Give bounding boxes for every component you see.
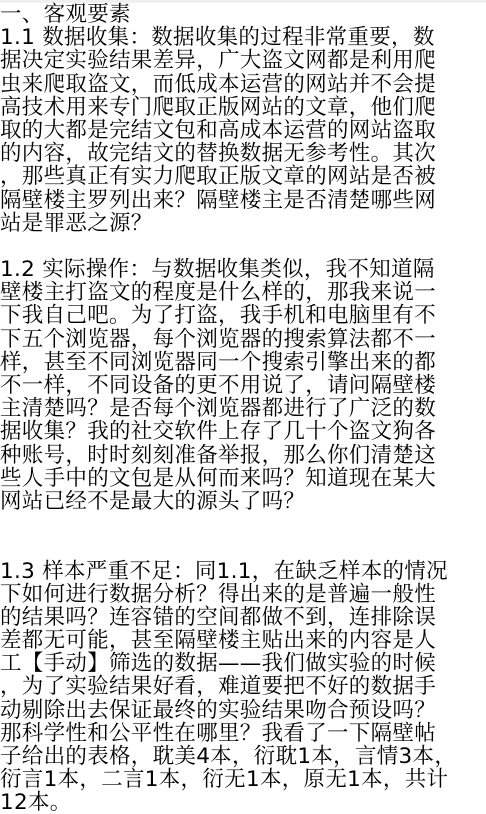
paragraph-line: 衍言1本，二言1本，衍无1本，原无1本，共计 (0, 768, 486, 791)
paragraph-line: 主清楚吗？是否每个浏览器都进行了广泛的数 (0, 397, 486, 420)
paragraph-line: 下我自己吧。为了打盗，我手机和电脑里有不 (0, 304, 486, 327)
paragraph-line: ，为了实验结果好看，难道要把不好的数据手 (0, 675, 486, 698)
paragraph-line: 下如何进行数据分析？得出来的是普遍一般性 (0, 583, 486, 606)
paragraph-line: 工【手动】筛选的数据——我们做实验的时候 (0, 652, 486, 675)
paragraph-line: 的结果吗？连容错的空间都做不到，连排除误 (0, 606, 486, 629)
paragraph-line: 取的大都是完结文包和高成本运营的网站盗取 (0, 119, 486, 142)
paragraph-1-3-insufficient-samples: 1.3 样本严重不足：同1.1，在缺乏样本的情况 下如何进行数据分析？得出来的是… (0, 560, 486, 814)
paragraph-line: 那科学性和公平性在哪里？我看了一下隔壁帖 (0, 722, 486, 745)
paragraph-line: 不一样，不同设备的更不用说了，请问隔壁楼 (0, 374, 486, 397)
paragraph-line: 种账号，时时刻刻准备举报，那么你们清楚这 (0, 444, 486, 467)
paragraph-line: 子给出的表格，耽美4本，衍耽1本，言情3本， (0, 745, 486, 768)
section-heading: 一、客观要素 (0, 3, 486, 26)
paragraph-line: 1.2 实际操作：与数据收集类似，我不知道隔 (0, 258, 486, 281)
paragraph-line: 的内容，故完结文的替换数据无参考性。其次 (0, 142, 486, 165)
blank-line (0, 513, 486, 536)
paragraph-1-1-data-collection: 1.1 数据收集：数据收集的过程非常重要，数 据决定实验结果差异，广大盗文网都是… (0, 26, 486, 235)
paragraph-line: 1.1 数据收集：数据收集的过程非常重要，数 (0, 26, 486, 49)
paragraph-line: 下五个浏览器，每个浏览器的搜索算法都不一 (0, 328, 486, 351)
paragraph-line: 动剔除出去保证最终的实验结果吻合预设吗？ (0, 699, 486, 722)
blank-line (0, 536, 486, 559)
paragraph-line: 壁楼主打盗文的程度是什么样的，那我来说一 (0, 281, 486, 304)
paragraph-line: 虫来爬取盗文，而低成本运营的网站并不会提 (0, 73, 486, 96)
paragraph-line: 据决定实验结果差异，广大盗文网都是利用爬 (0, 49, 486, 72)
blank-line (0, 235, 486, 258)
paragraph-line: ，那些真正有实力爬取正版文章的网站是否被 (0, 165, 486, 188)
paragraph-line: 高技术用来专门爬取正版网站的文章，他们爬 (0, 96, 486, 119)
paragraph-line: 1.3 样本严重不足：同1.1，在缺乏样本的情况 (0, 560, 486, 583)
paragraph-line: 站是罪恶之源？ (0, 212, 486, 235)
paragraph-1-2-practical-operation: 1.2 实际操作：与数据收集类似，我不知道隔 壁楼主打盗文的程度是什么样的，那我… (0, 258, 486, 513)
paragraph-line: 样，甚至不同浏览器同一个搜索引擎出来的都 (0, 351, 486, 374)
paragraph-line: 隔壁楼主罗列出来？隔壁楼主是否清楚哪些网 (0, 189, 486, 212)
paragraph-line: 些人手中的文包是从何而来吗？知道现在某大 (0, 467, 486, 490)
paragraph-line: 据收集？我的社交软件上存了几十个盗文狗各 (0, 420, 486, 443)
paragraph-line: 12本。 (0, 791, 486, 814)
paragraph-line: 网站已经不是最大的源头了吗？ (0, 490, 486, 513)
document-body: 一、客观要素 1.1 数据收集：数据收集的过程非常重要，数 据决定实验结果差异，… (0, 3, 486, 814)
paragraph-line: 差都无可能，甚至隔壁楼主贴出来的内容是人 (0, 629, 486, 652)
